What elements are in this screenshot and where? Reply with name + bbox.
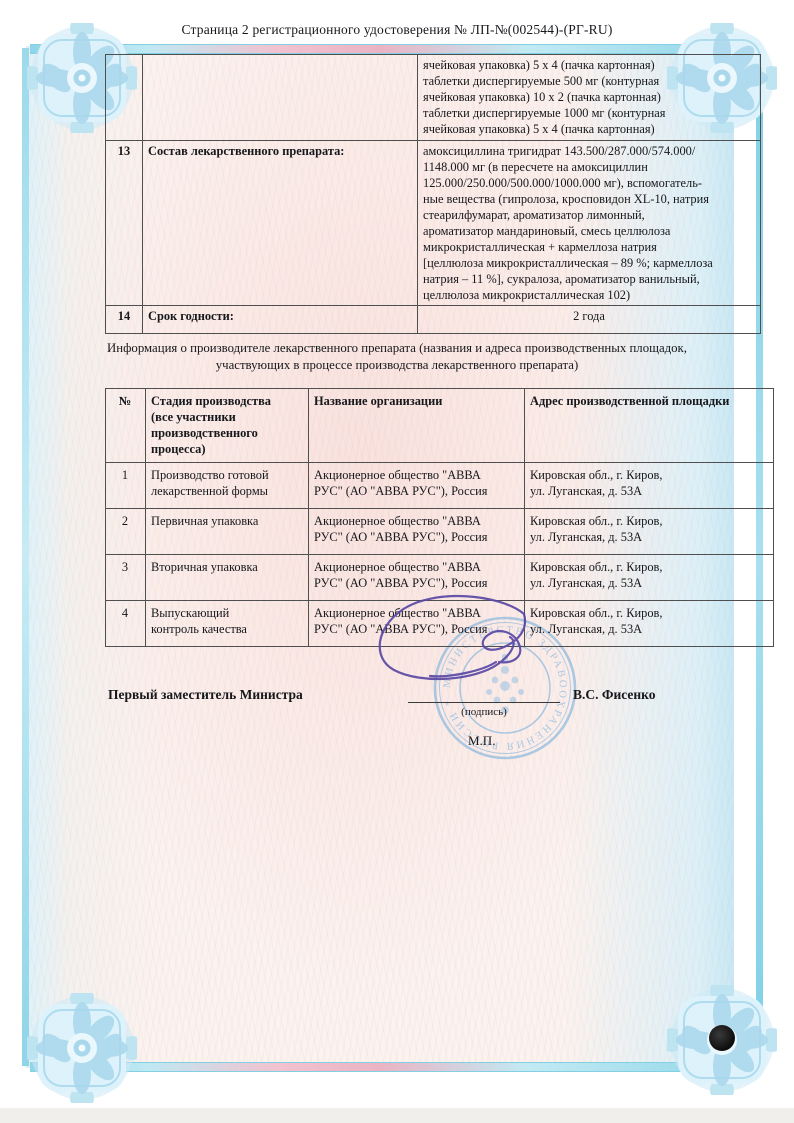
row-number-cell — [106, 55, 143, 141]
frame-border-top — [30, 44, 760, 54]
manufacturer-section-intro: Информация о производителе лекарственног… — [77, 340, 717, 373]
scan-edge-shadow — [0, 1108, 794, 1123]
cell-num: 1 — [106, 463, 146, 509]
table-row-shelf-life: 14 Срок годности: 2 года — [106, 306, 761, 334]
row-label-cell: Срок годности: — [143, 306, 418, 334]
row-label-cell: Состав лекарственного препарата: — [143, 141, 418, 306]
cell-address: Кировская обл., г. Киров, ул. Луганская,… — [525, 463, 774, 509]
cell-stage: Производство готовой лекарственной формы — [146, 463, 309, 509]
cell-organization: Акционерное общество "АВВА РУС" (АО "АВВ… — [309, 509, 525, 555]
signer-name: В.С. Фисенко — [573, 687, 656, 703]
packaging-continuation-cell: ячейковая упаковка) 5 х 4 (пачка картонн… — [418, 55, 761, 141]
composition-value-cell: амоксициллина тригидрат 143.500/287.000/… — [418, 141, 761, 306]
handwritten-signature — [372, 592, 557, 712]
cell-num: 3 — [106, 555, 146, 601]
header-address: Адрес производственной площадки — [525, 389, 774, 463]
row-number-cell: 13 — [106, 141, 143, 306]
shelf-life-value-cell: 2 года — [418, 306, 761, 334]
row-number-cell: 14 — [106, 306, 143, 334]
registration-details-table: ячейковая упаковка) 5 х 4 (пачка картонн… — [105, 54, 761, 334]
signer-position-title: Первый заместитель Министра — [108, 687, 303, 703]
table-row-continuation: ячейковая упаковка) 5 х 4 (пачка картонн… — [106, 55, 761, 141]
manufacturer-header-row: № Стадия производства (все участники про… — [106, 389, 774, 463]
frame-border-bottom — [30, 1062, 760, 1072]
cell-stage: Первичная упаковка — [146, 509, 309, 555]
header-stage: Стадия производства (все участники произ… — [146, 389, 309, 463]
header-organization: Название организации — [309, 389, 525, 463]
cell-address: Кировская обл., г. Киров, ул. Луганская,… — [525, 555, 774, 601]
manufacturer-row: 1 Производство готовой лекарственной фор… — [106, 463, 774, 509]
cell-address: Кировская обл., г. Киров, ул. Луганская,… — [525, 509, 774, 555]
table-row-composition: 13 Состав лекарственного препарата: амок… — [106, 141, 761, 306]
punch-hole-dot — [709, 1025, 735, 1051]
header-num: № — [106, 389, 146, 463]
frame-border-left — [22, 48, 29, 1066]
manufacturer-row: 2 Первичная упаковка Акционерное обществ… — [106, 509, 774, 555]
certificate-page-scan: Страница 2 регистрационного удостоверени… — [0, 0, 794, 1123]
corner-rosette-bottom-left — [27, 993, 137, 1103]
page-header-title: Страница 2 регистрационного удостоверени… — [0, 22, 794, 38]
cell-num: 4 — [106, 601, 146, 647]
row-label-cell — [143, 55, 418, 141]
cell-organization: Акционерное общество "АВВА РУС" (АО "АВВ… — [309, 463, 525, 509]
seal-place-caption: М.П. — [468, 733, 495, 749]
cell-stage: Вторичная упаковка — [146, 555, 309, 601]
cell-num: 2 — [106, 509, 146, 555]
cell-address: Кировская обл., г. Киров, ул. Луганская,… — [525, 601, 774, 647]
cell-stage: Выпускающий контроль качества — [146, 601, 309, 647]
